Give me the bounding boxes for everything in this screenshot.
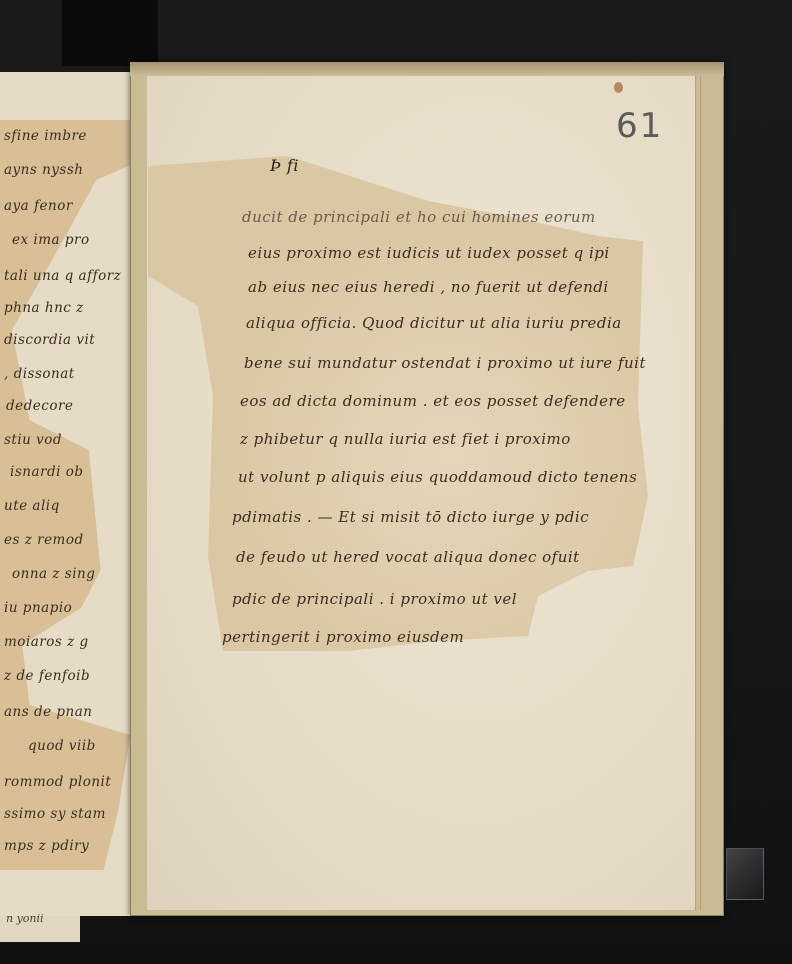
left-line: es z remod: [4, 532, 84, 548]
left-line: ans de pnan: [4, 704, 92, 720]
fragment-line: pdimatis . — Et si misit tō dicto iurge …: [232, 508, 589, 526]
fragment-line: pdic de principali . i proximo ut vel: [232, 590, 517, 608]
fragment-line: aliqua officia. Quod dicitur ut alia iur…: [246, 314, 622, 332]
folio-number: 61: [616, 106, 663, 146]
fragment-line: ducit de principali et ho cui homines eo…: [242, 208, 596, 226]
clear-tape-tab: [726, 848, 764, 900]
fragment-line: eos ad dicta dominum . et eos posset def…: [240, 392, 626, 410]
left-line: , dissonat: [4, 366, 75, 382]
left-line: ex ima pro: [12, 232, 90, 248]
left-line: dedecore: [6, 398, 73, 414]
left-line: ute aliq: [4, 498, 60, 514]
fragment-line: z phibetur q nulla iuria est fiet i prox…: [240, 430, 571, 448]
left-line: discordia vit: [4, 332, 95, 348]
left-line: aya fenor: [4, 198, 73, 214]
left-line: onna z sing: [12, 566, 95, 582]
left-line: tali una q afforz: [4, 268, 121, 284]
left-line: quod viib: [28, 738, 96, 754]
left-line: isnardi ob: [10, 464, 83, 480]
left-line: mps z pdiry: [4, 838, 89, 854]
page-ruled-edge: [695, 76, 701, 910]
fragment-line: eius proximo est iudicis ut iudex posset…: [248, 244, 610, 262]
left-foot-text: n yonii: [6, 912, 44, 925]
fragment-line: de feudo ut hered vocat aliqua donec ofu…: [236, 548, 580, 566]
black-backdrop-block: [62, 0, 158, 66]
fragment-mark: Þ fi: [270, 156, 299, 175]
left-line: iu pnapio: [4, 600, 72, 616]
foxing-spot: [614, 82, 623, 93]
left-line: phna hnc z: [4, 300, 84, 316]
left-line: z de fenfoib: [4, 668, 90, 684]
left-line: ssimo sy stam: [4, 806, 106, 822]
left-line: sfine imbre: [4, 128, 87, 144]
left-line: stiu vod: [4, 432, 62, 448]
left-line: moiaros z g: [4, 634, 89, 650]
left-line: rommod plonit: [4, 774, 111, 790]
fragment-line: pertingerit i proximo eiusdem: [222, 628, 464, 646]
book-top-edge: [130, 62, 724, 76]
fragment-line: ut volunt p aliquis eius quoddamoud dict…: [238, 468, 637, 486]
left-line: ayns nyssh: [4, 162, 83, 178]
fragment-line: bene sui mundatur ostendat i proximo ut …: [244, 354, 646, 372]
fragment-line: ab eius nec eius heredi , no fuerit ut d…: [248, 278, 609, 296]
